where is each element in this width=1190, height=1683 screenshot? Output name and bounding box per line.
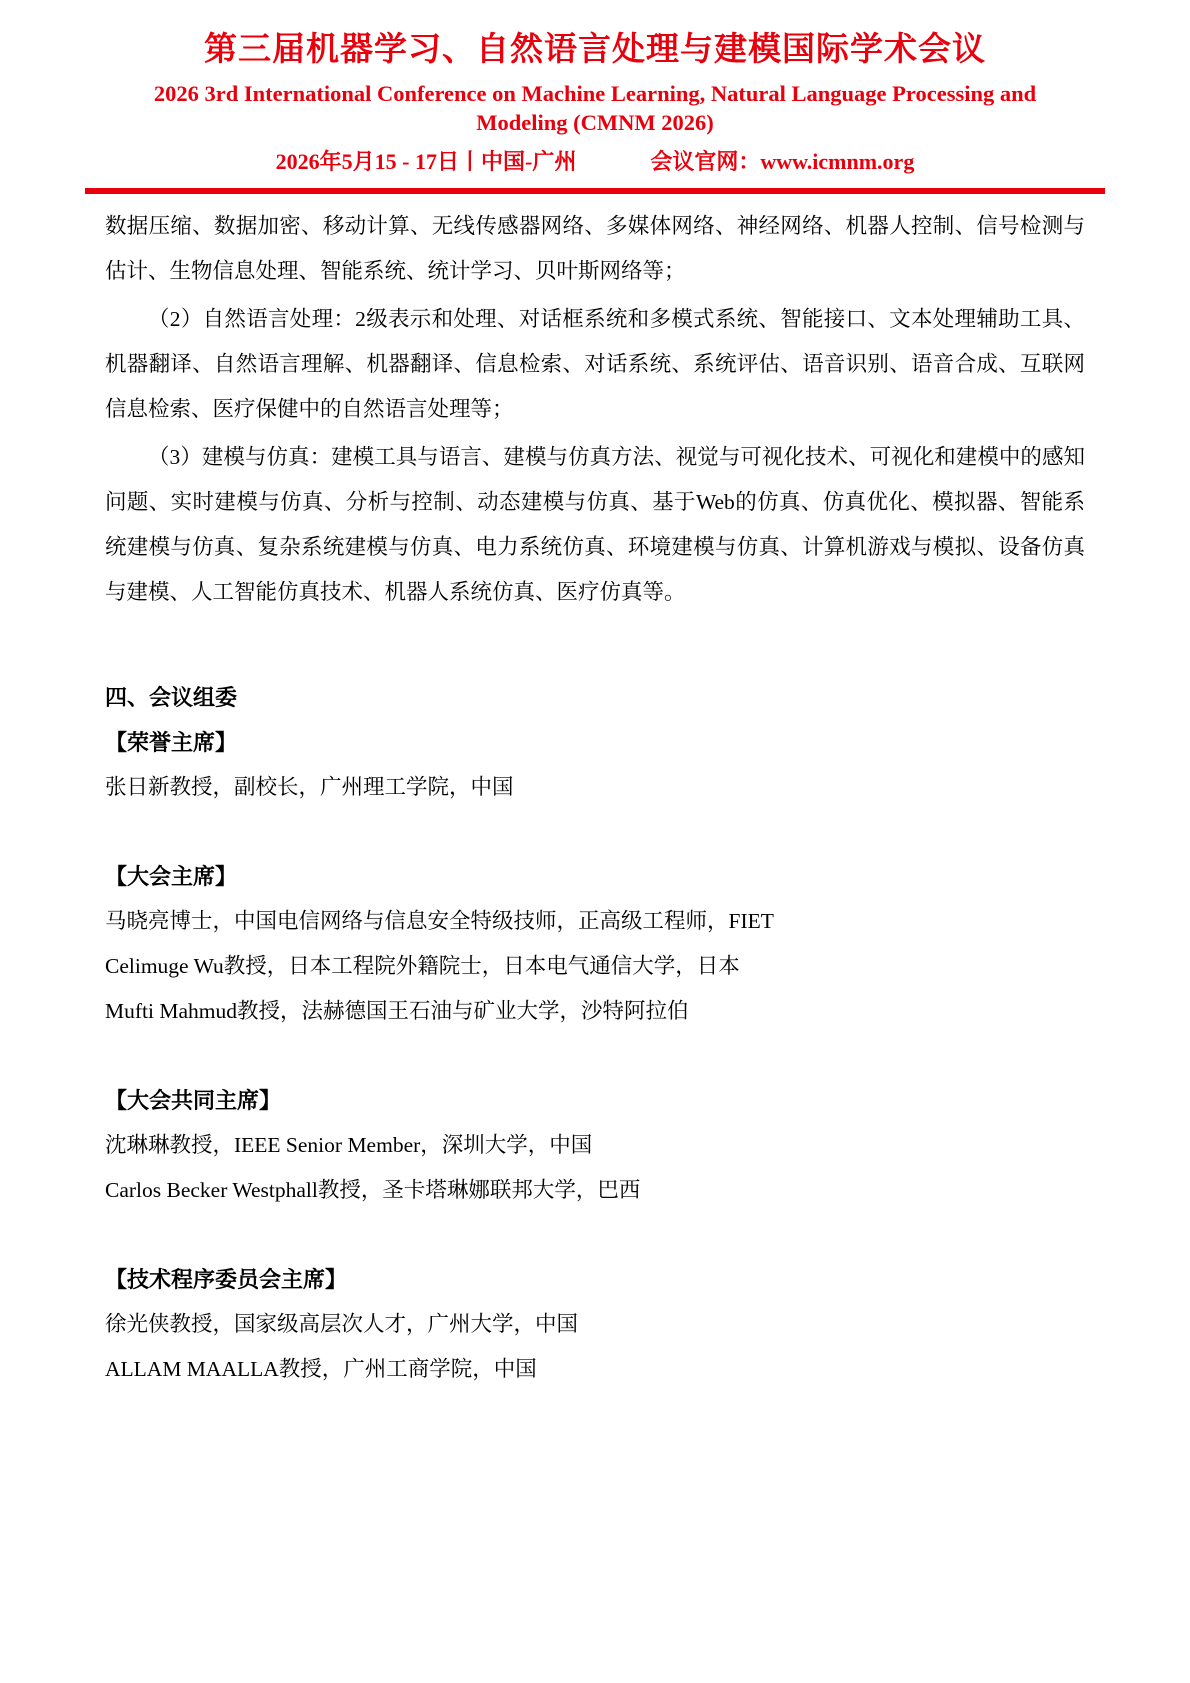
topics-paragraph-nlp: （2）自然语言处理：2级表示和处理、对话框系统和多模式系统、智能接口、文本处理辅…: [105, 297, 1085, 432]
committee-member: 马晓亮博士，中国电信网络与信息安全特级技师，正高级工程师，FIET: [105, 899, 1085, 944]
committee-group-heading: 【大会共同主席】: [105, 1078, 1085, 1123]
website-label: 会议官网：: [650, 145, 760, 176]
conference-title-en: 2026 3rd International Conference on Mac…: [0, 80, 1190, 138]
committee-group-heading: 【大会主席】: [105, 854, 1085, 899]
committee-section: 四、会议组委 【荣誉主席】 张日新教授，副校长，广州理工学院，中国 【大会主席】…: [105, 675, 1085, 1392]
header-date-row: 2026年5月15 - 17日丨中国-广州 会议官网： www.icmnm.or…: [0, 145, 1190, 176]
committee-member: 徐光侠教授，国家级高层次人才，广州大学，中国: [105, 1302, 1085, 1347]
topics-paragraph-modeling: （3）建模与仿真：建模工具与语言、建模与仿真方法、视觉与可视化技术、可视化和建模…: [105, 435, 1085, 615]
committee-member: 沈琳琳教授，IEEE Senior Member，深圳大学，中国: [105, 1123, 1085, 1168]
committee-group-tpc-chairs: 【技术程序委员会主席】 徐光侠教授，国家级高层次人才，广州大学，中国 ALLAM…: [105, 1257, 1085, 1392]
header-double-rule: [85, 188, 1105, 194]
document-body: 数据压缩、数据加密、移动计算、无线传感器网络、多媒体网络、神经网络、机器人控制、…: [105, 204, 1085, 1392]
committee-member: ALLAM MAALLA教授，广州工商学院，中国: [105, 1347, 1085, 1392]
topics-section: 数据压缩、数据加密、移动计算、无线传感器网络、多媒体网络、神经网络、机器人控制、…: [105, 204, 1085, 615]
website-line: 会议官网： www.icmnm.org: [650, 145, 914, 176]
committee-group-heading: 【技术程序委员会主席】: [105, 1257, 1085, 1302]
date-venue-text: 2026年5月15 - 17日丨中国-广州: [276, 145, 577, 176]
conference-title-en-line2: Modeling (CMNM 2026): [0, 109, 1190, 138]
committee-member: 张日新教授，副校长，广州理工学院，中国: [105, 765, 1085, 810]
committee-group-heading: 【荣誉主席】: [105, 720, 1085, 765]
committee-group-general-chairs: 【大会主席】 马晓亮博士，中国电信网络与信息安全特级技师，正高级工程师，FIET…: [105, 854, 1085, 1034]
committee-section-title: 四、会议组委: [105, 675, 1085, 720]
committee-member: Mufti Mahmud教授，法赫德国王石油与矿业大学，沙特阿拉伯: [105, 989, 1085, 1034]
conference-title-cn: 第三届机器学习、自然语言处理与建模国际学术会议: [0, 30, 1190, 71]
committee-member: Celimuge Wu教授，日本工程院外籍院士，日本电气通信大学，日本: [105, 944, 1085, 989]
document-page: 第三届机器学习、自然语言处理与建模国际学术会议 2026 3rd Interna…: [0, 0, 1190, 1683]
conference-header: 第三届机器学习、自然语言处理与建模国际学术会议 2026 3rd Interna…: [0, 0, 1190, 194]
website-url-link[interactable]: www.icmnm.org: [760, 149, 914, 175]
committee-group-co-chairs: 【大会共同主席】 沈琳琳教授，IEEE Senior Member，深圳大学，中…: [105, 1078, 1085, 1213]
committee-member: Carlos Becker Westphall教授，圣卡塔琳娜联邦大学，巴西: [105, 1168, 1085, 1213]
conference-title-en-line1: 2026 3rd International Conference on Mac…: [0, 80, 1190, 109]
topics-paragraph-continuation: 数据压缩、数据加密、移动计算、无线传感器网络、多媒体网络、神经网络、机器人控制、…: [105, 204, 1085, 294]
committee-group-honorary-chair: 【荣誉主席】 张日新教授，副校长，广州理工学院，中国: [105, 720, 1085, 810]
